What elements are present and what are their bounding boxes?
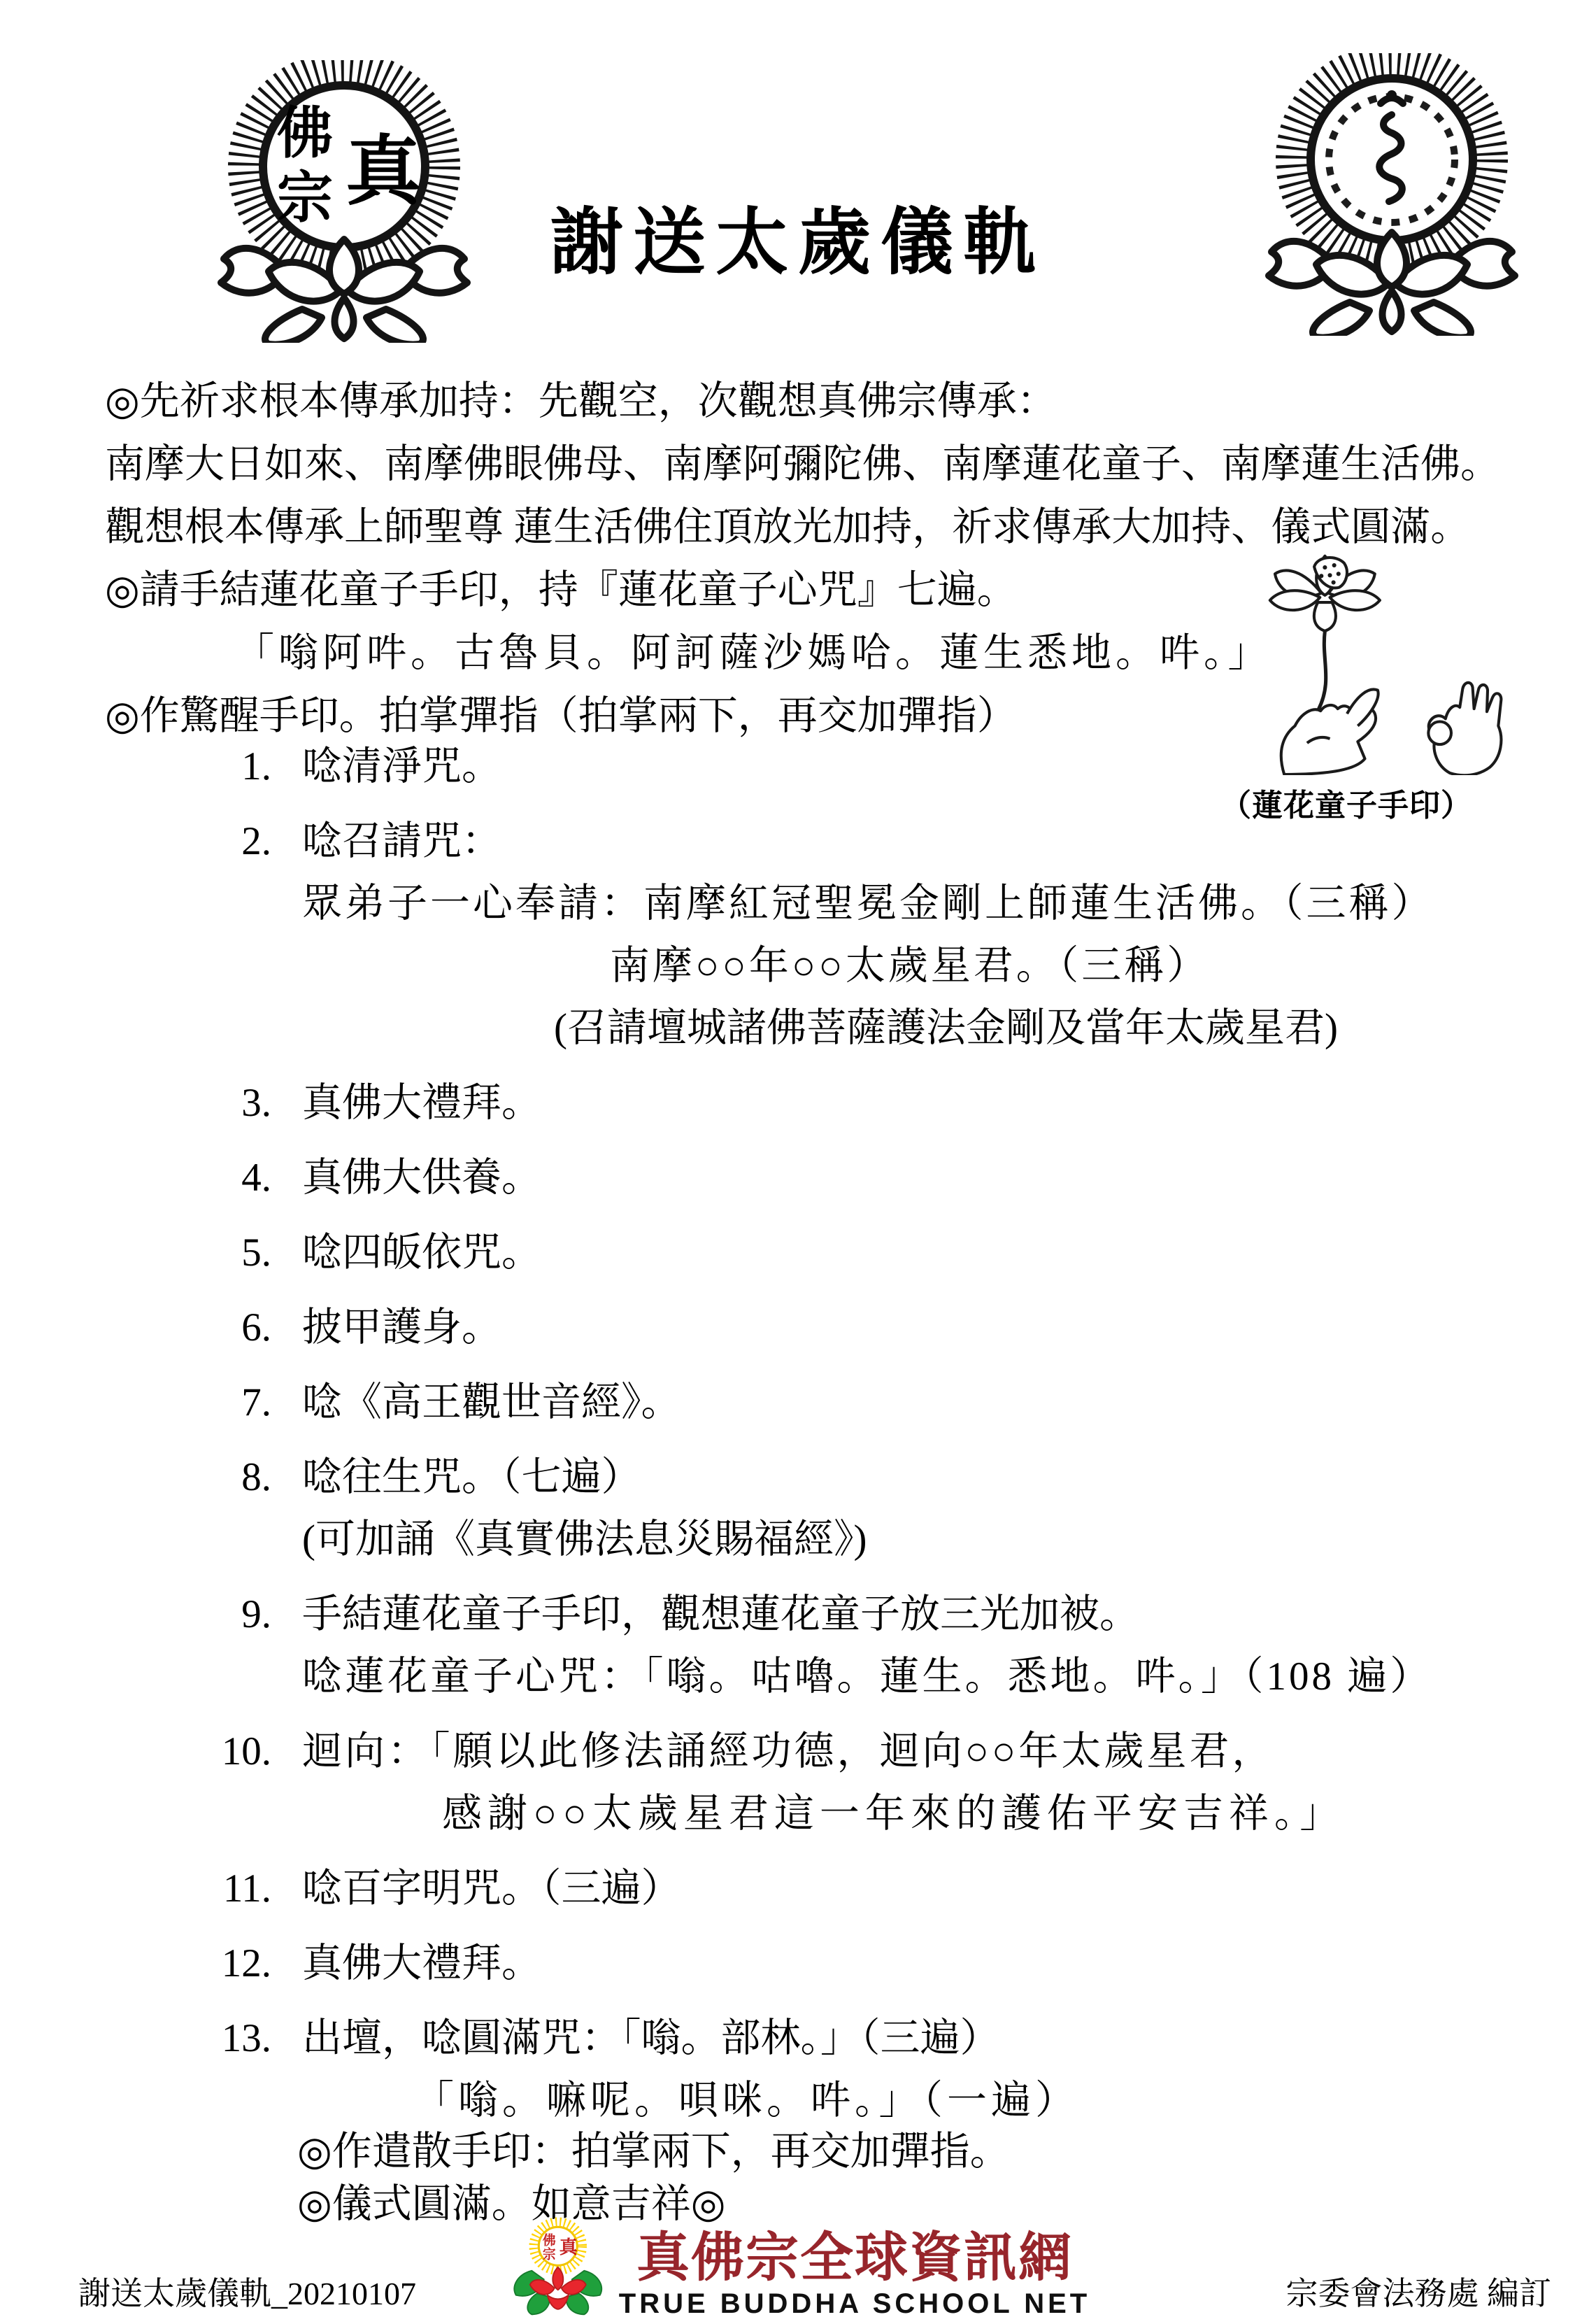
step-text: 唸召請咒： xyxy=(302,818,1497,865)
document-page: 真 佛 宗 謝送太歲儀軌 xyxy=(0,0,1596,2324)
step-text: 披甲護身。 xyxy=(302,1304,1497,1351)
step-number: 7. xyxy=(217,1379,271,1426)
step-subline: 南摩○○年○○太歲星君。（三稱） xyxy=(610,942,1497,989)
step-row: 1. 唸清淨咒。 xyxy=(217,743,1497,790)
step-row: 3. 真佛大禮拜。 xyxy=(217,1079,1497,1126)
lotus-mudra-illustration xyxy=(1178,529,1514,775)
seal-char-zong: 宗 xyxy=(277,168,333,229)
step-subline: (可加誦《真實佛法息災賜福經》) xyxy=(302,1516,1497,1563)
step-text: 手結蓮花童子手印，觀想蓮花童子放三光加被。 xyxy=(302,1591,1497,1638)
lotus-base xyxy=(1269,232,1515,336)
step-number: 3. xyxy=(217,1079,271,1126)
step-number: 13. xyxy=(217,2015,271,2124)
site-logo-lockup: 佛 宗 真 真佛宗全球資訊網 TRUE BUDDHA SCH xyxy=(506,2209,1090,2320)
step-text: 唸清淨咒。 xyxy=(302,743,1497,790)
tbsn-color-emblem: 佛 宗 真 xyxy=(506,2209,611,2320)
step-subline: 眾弟子一心奉請：南摩紅冠聖冕金剛上師蓮生活佛。（三稱） xyxy=(302,880,1497,927)
step-subline: (召請壇城諸佛菩薩護法金剛及當年太歲星君) xyxy=(554,1005,1497,1051)
seal-char-zhen: 真 xyxy=(560,2237,579,2258)
step-number: 2. xyxy=(217,818,271,1051)
step-number: 11. xyxy=(217,1865,271,1912)
seal-char-zhen: 真 xyxy=(345,131,424,214)
step-row: 6. 披甲護身。 xyxy=(217,1304,1497,1351)
step-text: 真佛大供養。 xyxy=(302,1154,1497,1201)
step-number: 4. xyxy=(217,1154,271,1201)
seal-char-fo: 佛 xyxy=(277,104,333,165)
step-row: 2. 唸召請咒： 眾弟子一心奉請：南摩紅冠聖冕金剛上師蓮生活佛。（三稱） 南摩○… xyxy=(217,818,1497,1051)
step-number: 1. xyxy=(217,743,271,790)
closing-line: ◎作遣散手印：拍掌兩下，再交加彈指。 xyxy=(297,2128,1010,2175)
step-number: 10. xyxy=(217,1728,271,1837)
step-text: 唸百字明咒。（三遍） xyxy=(302,1865,1497,1912)
step-row: 12. 真佛大禮拜。 xyxy=(217,1940,1497,1987)
step-text: 迴向：「願以此修法誦經功德，迴向○○年太歲星君， xyxy=(302,1728,1497,1775)
step-row: 7. 唸《高王觀世音經》。 xyxy=(217,1379,1497,1426)
step-row: 8. 唸往生咒。（七遍） (可加誦《真實佛法息災賜福經》) xyxy=(217,1454,1497,1563)
step-subline: 唸蓮花童子心咒：「嗡。咕嚕。蓮生。悉地。吽。」（108 遍） xyxy=(302,1653,1497,1700)
steps-list: 1. 唸清淨咒。 2. 唸召請咒： 眾弟子一心奉請：南摩紅冠聖冕金剛上師蓮生活佛… xyxy=(217,743,1497,2152)
step-row: 11. 唸百字明咒。（三遍） xyxy=(217,1865,1497,1912)
seal-char-fo: 佛 xyxy=(543,2232,556,2248)
site-name-english: TRUE BUDDHA SCHOOL NET xyxy=(619,2288,1090,2320)
step-subline: 「嗡。嘛呢。唄咪。吽。」（一遍） xyxy=(414,2077,1497,2124)
step-text: 唸往生咒。（七遍） xyxy=(302,1454,1497,1501)
page-title: 謝送太歲儀軌 xyxy=(550,183,1046,288)
lotus-base xyxy=(221,239,467,343)
page-footer: 謝送太歲儀軌_20210107 佛 宗 真 xyxy=(0,2198,1596,2324)
step-number: 9. xyxy=(217,1591,271,1700)
step-text: 真佛大禮拜。 xyxy=(302,1940,1497,1987)
step-row: 5. 唸四皈依咒。 xyxy=(217,1229,1497,1276)
document-id: 謝送太歲儀軌_20210107 xyxy=(78,2268,416,2314)
true-buddha-school-seal-logo: 真 佛 宗 xyxy=(204,60,484,343)
intro-line: 南摩大日如來、南摩佛眼佛母、南摩阿彌陀佛、南摩蓮花童子、南摩蓮生活佛。 xyxy=(105,441,1500,488)
step-number: 5. xyxy=(217,1229,271,1276)
seed-syllable-lotus-logo xyxy=(1251,53,1533,336)
step-text: 真佛大禮拜。 xyxy=(302,1079,1497,1126)
step-subline: 感謝○○太歲星君這一年來的護佑平安吉祥。」 xyxy=(442,1790,1497,1837)
intro-line: ◎先祈求根本傳承加持：先觀空，次觀想真佛宗傳承： xyxy=(105,378,1500,425)
step-row: 9. 手結蓮花童子手印，觀想蓮花童子放三光加被。 唸蓮花童子心咒：「嗡。咕嚕。蓮… xyxy=(217,1591,1497,1700)
step-number: 8. xyxy=(217,1454,271,1563)
step-number: 6. xyxy=(217,1304,271,1351)
seal-char-zong: 宗 xyxy=(543,2246,556,2262)
site-name-chinese: 真佛宗全球資訊網 xyxy=(636,2231,1073,2287)
step-text: 出壇，唸圓滿咒：「嗡。部林。」（三遍） xyxy=(302,2015,1497,2062)
step-text: 唸《高王觀世音經》。 xyxy=(302,1379,1497,1426)
step-row: 10. 迴向：「願以此修法誦經功德，迴向○○年太歲星君， 感謝○○太歲星君這一年… xyxy=(217,1728,1497,1837)
step-number: 12. xyxy=(217,1940,271,1987)
step-row: 13. 出壇，唸圓滿咒：「嗡。部林。」（三遍） 「嗡。嘛呢。唄咪。吽。」（一遍） xyxy=(217,2015,1497,2124)
step-row: 4. 真佛大供養。 xyxy=(217,1154,1497,1201)
step-text: 唸四皈依咒。 xyxy=(302,1229,1497,1276)
editor-credit: 宗委會法務處 編訂 xyxy=(1286,2268,1552,2314)
